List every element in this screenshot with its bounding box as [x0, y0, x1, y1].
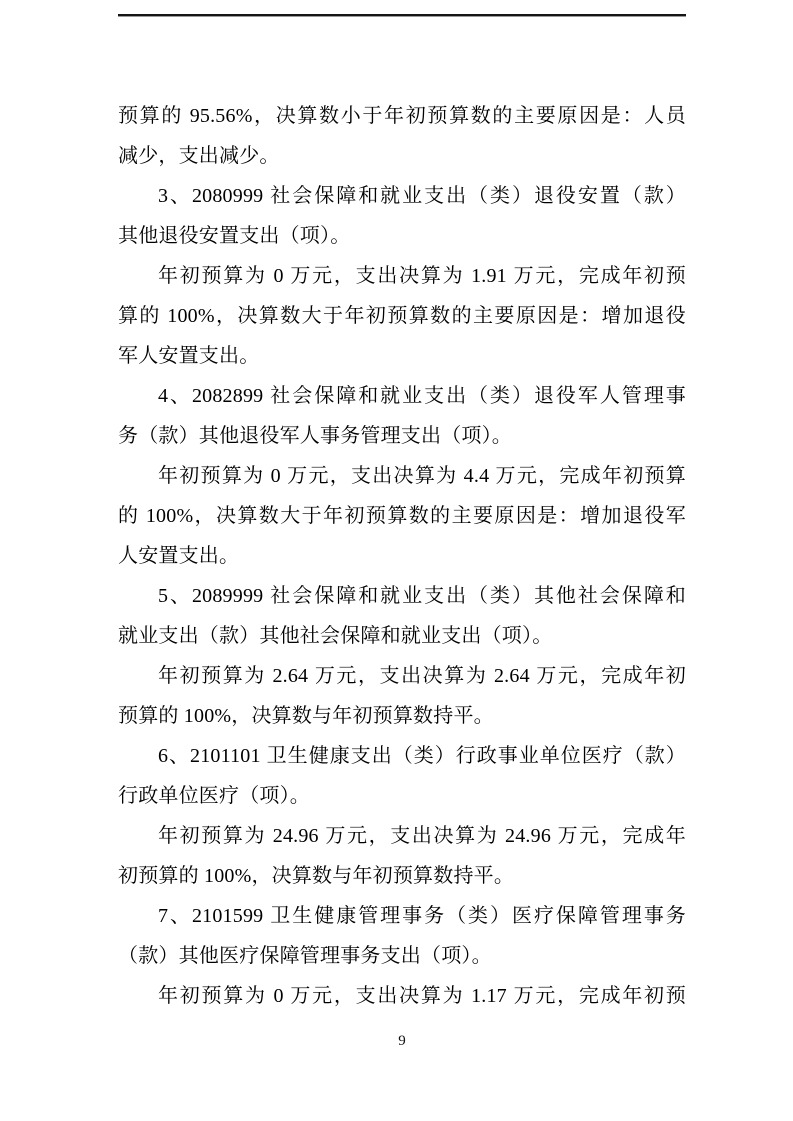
text-line: 6、2101101 卫生健康支出（类）行政事业单位医疗（款） [118, 736, 686, 776]
text-line: （款）其他医疗保障管理事务支出（项）。 [118, 936, 686, 976]
text-line: 算的 100%，决算数大于年初预算数的主要原因是：增加退役 [118, 296, 686, 336]
text-line: 年初预算为 2.64 万元，支出决算为 2.64 万元，完成年初 [118, 656, 686, 696]
text-line: 其他退役安置支出（项）。 [118, 216, 686, 256]
text-line: 人安置支出。 [118, 536, 686, 576]
header-divider-line [118, 14, 686, 17]
text-line: 年初预算为 0 万元，支出决算为 1.91 万元，完成年初预 [118, 256, 686, 296]
text-line: 行政单位医疗（项）。 [118, 776, 686, 816]
page-number: 9 [118, 1031, 686, 1051]
text-line: 年初预算为 0 万元，支出决算为 1.17 万元，完成年初预 [118, 976, 686, 1016]
text-line: 5、2089999 社会保障和就业支出（类）其他社会保障和 [118, 576, 686, 616]
text-line: 初预算的 100%，决算数与年初预算数持平。 [118, 856, 686, 896]
text-line: 年初预算为 0 万元，支出决算为 4.4 万元，完成年初预算 [118, 456, 686, 496]
text-line: 务（款）其他退役军人事务管理支出（项）。 [118, 416, 686, 456]
text-line: 4、2082899 社会保障和就业支出（类）退役军人管理事 [118, 376, 686, 416]
text-line: 预算的 100%，决算数与年初预算数持平。 [118, 696, 686, 736]
document-page: 预算的 95.56%，决算数小于年初预算数的主要原因是：人员减少，支出减少。3、… [0, 0, 793, 1121]
text-line: 军人安置支出。 [118, 336, 686, 376]
text-line: 3、2080999 社会保障和就业支出（类）退役安置（款） [118, 176, 686, 216]
text-line: 预算的 95.56%，决算数小于年初预算数的主要原因是：人员 [118, 96, 686, 136]
text-line: 7、2101599 卫生健康管理事务（类）医疗保障管理事务 [118, 896, 686, 936]
text-line: 的 100%，决算数大于年初预算数的主要原因是：增加退役军 [118, 496, 686, 536]
text-line: 年初预算为 24.96 万元，支出决算为 24.96 万元，完成年 [118, 816, 686, 856]
text-line: 就业支出（款）其他社会保障和就业支出（项）。 [118, 616, 686, 656]
text-line: 减少，支出减少。 [118, 136, 686, 176]
document-body: 预算的 95.56%，决算数小于年初预算数的主要原因是：人员减少，支出减少。3、… [118, 96, 686, 1016]
